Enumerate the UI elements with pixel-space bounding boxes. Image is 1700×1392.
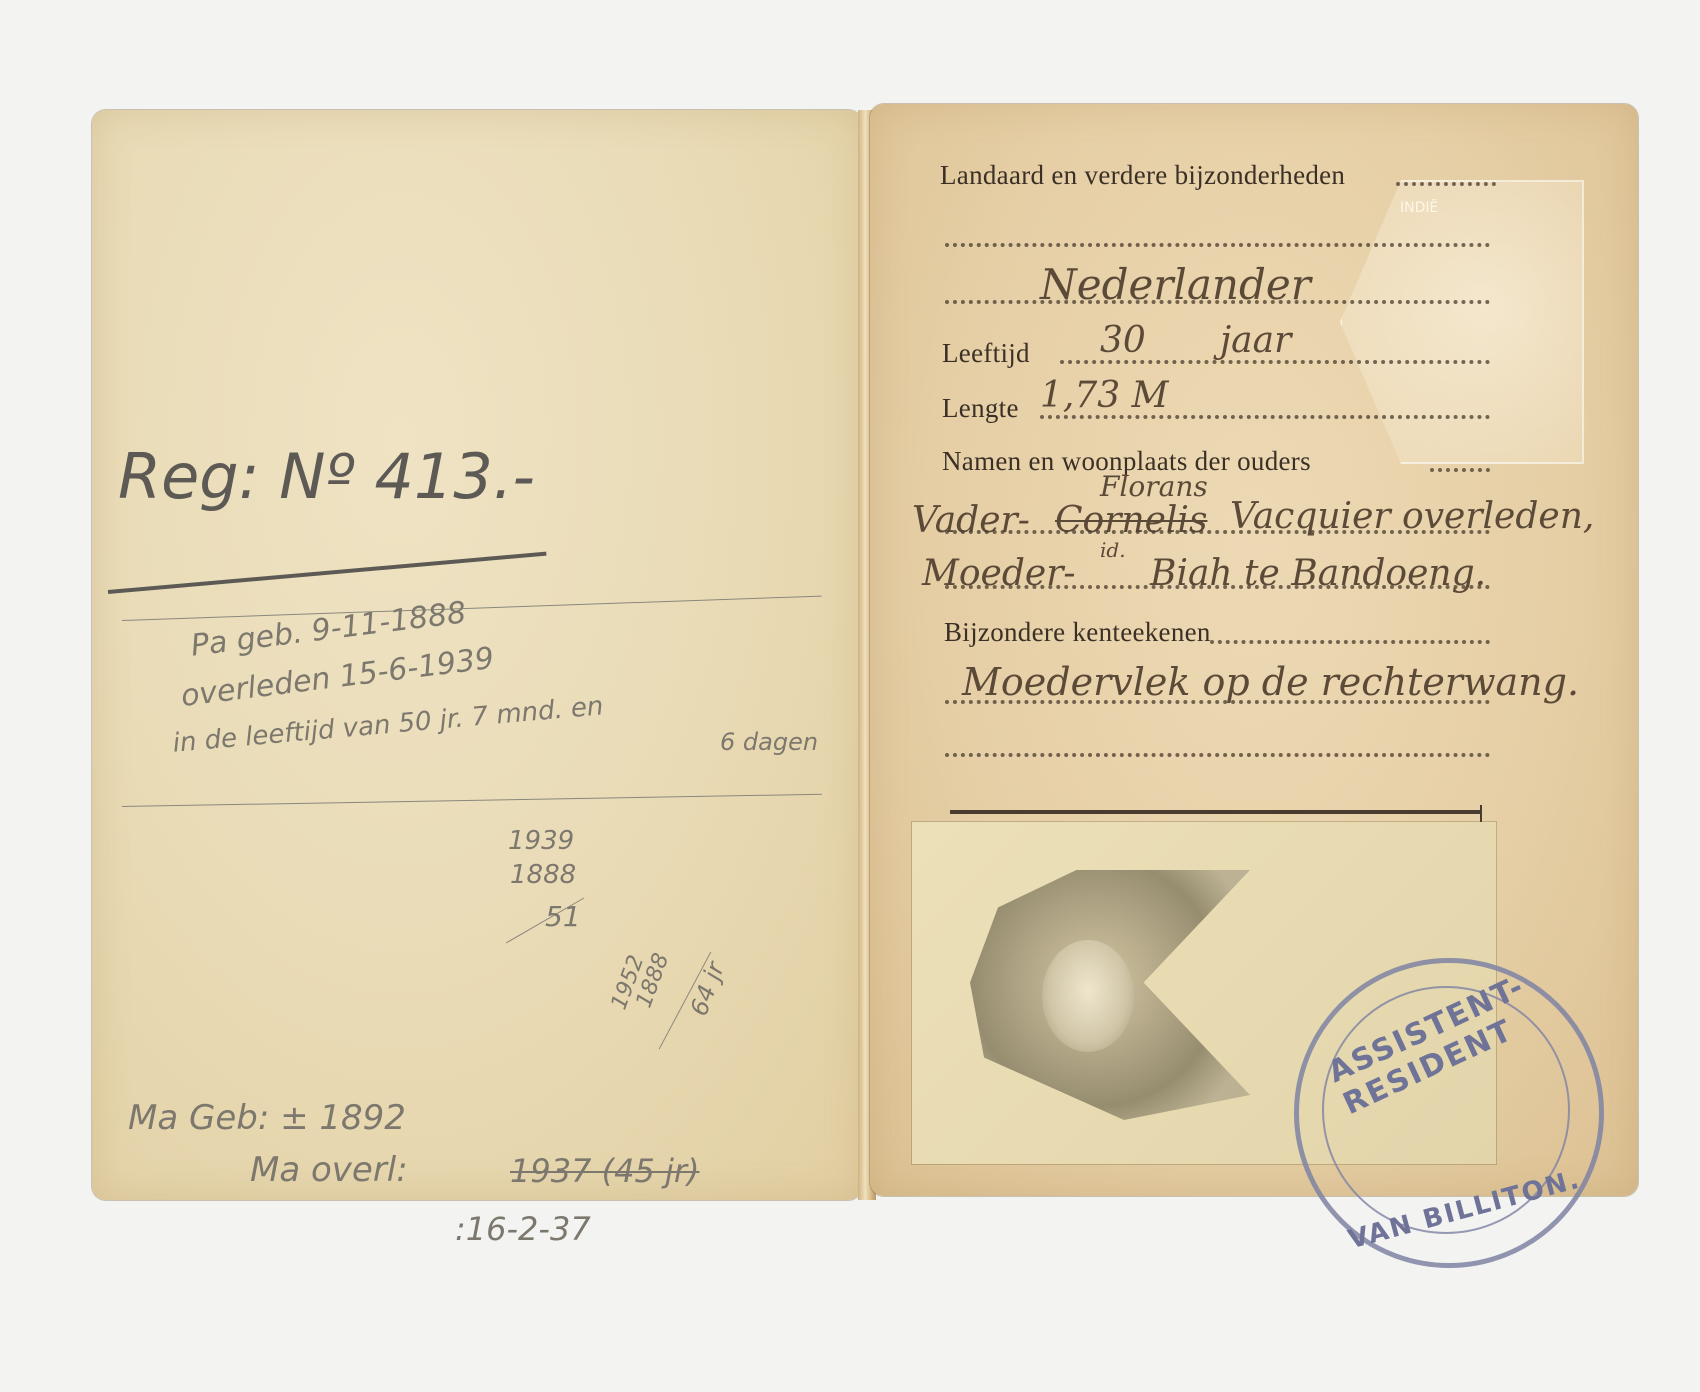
father-struck-name: Cornelis <box>1055 500 1207 541</box>
father-inserted-name: Florans <box>1100 470 1208 503</box>
mother-inserted: id. <box>1100 538 1126 562</box>
mother-death-struck: 1937 (45 jr) <box>510 1152 700 1190</box>
dotted-line <box>945 700 1490 704</box>
nationality-label: Landaard en verdere bijzonderheden <box>940 160 1345 191</box>
dotted-line <box>1396 182 1496 186</box>
calc1-mid: 1888 <box>510 860 576 890</box>
registration-number: Reg: Nº 413.- <box>118 440 535 513</box>
age-value: 30 <box>1100 320 1146 361</box>
father-age-days: 6 dagen <box>720 728 818 756</box>
photo-frame-top-rule <box>950 810 1482 814</box>
marks-label: Bijzondere kenteekenen <box>944 617 1211 648</box>
dotted-line <box>945 300 1490 304</box>
age-unit: jaar <box>1220 320 1291 361</box>
dotted-line <box>1430 468 1490 472</box>
mother-birth-note: Ma Geb: ± 1892 <box>128 1098 406 1138</box>
mother-death-date: :16-2-37 <box>455 1210 591 1248</box>
marks-value: Moedervlek op de rechterwang. <box>962 660 1579 704</box>
dotted-line <box>945 585 1490 589</box>
dotted-line <box>1040 415 1490 419</box>
dotted-line <box>945 530 1490 534</box>
age-label: Leeftijd <box>942 338 1030 369</box>
dotted-line <box>945 753 1490 757</box>
dotted-line <box>1210 640 1490 644</box>
calc1-result: 51 <box>545 900 581 933</box>
height-value: 1,73 M <box>1040 375 1168 416</box>
dotted-line <box>1060 360 1490 364</box>
height-label: Lengte <box>942 393 1019 424</box>
calc1-top: 1939 <box>508 826 574 856</box>
portrait-face <box>1042 940 1134 1052</box>
emboss-text: INDIË <box>1400 200 1438 216</box>
mother-death-label: Ma overl: <box>250 1150 408 1190</box>
dotted-line <box>945 243 1490 247</box>
father-prefix: Vader- <box>912 500 1030 541</box>
